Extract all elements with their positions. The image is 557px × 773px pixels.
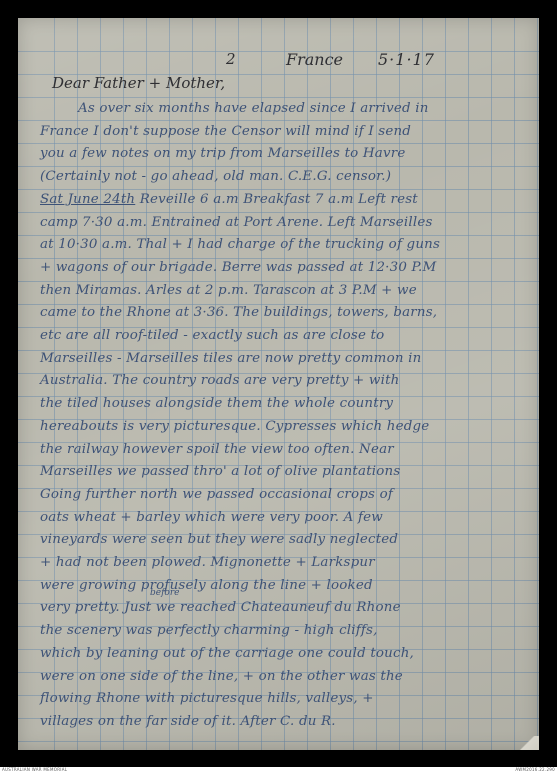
body-line-text: Reveille 6 a.m Breakfast 7 a.m Left rest xyxy=(140,192,418,207)
body-line: the scenery was perfectly charming - hig… xyxy=(40,620,378,642)
body-line: + had not been plowed. Mignonette + Lark… xyxy=(40,552,375,574)
body-line: Marseilles - Marseilles tiles are now pr… xyxy=(40,348,421,370)
body-line-dated: Sat June 24th Reveille 6 a.m Breakfast 7… xyxy=(40,189,418,211)
item-reference: AWM2016.22.290 xyxy=(515,767,555,773)
body-line: oats wheat + barley which were very poor… xyxy=(40,507,383,529)
body-line: vineyards were seen but they were sadly … xyxy=(40,529,398,551)
body-line: Going further north we passed occasional… xyxy=(40,484,393,506)
body-line: came to the Rhone at 3·36. The buildings… xyxy=(40,302,437,324)
letter-page: 2 France 5·1·17 Dear Father + Mother, As… xyxy=(18,18,539,750)
body-line: very pretty. Just we reached Chateauneuf… xyxy=(40,597,401,619)
body-line: Australia. The country roads are very pr… xyxy=(40,370,399,392)
body-line: + wagons of our brigade. Berre was passe… xyxy=(40,257,436,279)
body-line: hereabouts is very picturesque. Cypresse… xyxy=(40,416,429,438)
body-line: villages on the far side of it. After C.… xyxy=(40,711,336,733)
document-viewer: 2 France 5·1·17 Dear Father + Mother, As… xyxy=(0,0,557,767)
institution-credit: AUSTRALIAN WAR MEMORIAL xyxy=(2,767,67,773)
letter-place: France xyxy=(286,50,343,69)
body-line: were growing profusely along the line + … xyxy=(40,575,373,597)
body-line: etc are all roof-tiled - exactly such as… xyxy=(40,325,384,347)
body-line: the railway however spoil the view too o… xyxy=(40,439,394,461)
body-line: at 10·30 a.m. Thal + I had charge of the… xyxy=(40,234,440,256)
footer-bar: AUSTRALIAN WAR MEMORIAL AWM2016.22.290 xyxy=(0,767,557,773)
page-number: 2 xyxy=(226,50,236,68)
body-line: flowing Rhone with picturesque hills, va… xyxy=(40,688,374,710)
body-line: camp 7·30 a.m. Entrained at Port Arene. … xyxy=(40,212,433,234)
body-line: then Miramas. Arles at 2 p.m. Tarascon a… xyxy=(40,280,417,302)
folded-corner xyxy=(517,736,539,750)
underlined-date: Sat June 24th xyxy=(40,192,135,207)
letter-date: 5·1·17 xyxy=(378,50,435,69)
salutation: Dear Father + Mother, xyxy=(52,74,225,92)
body-line: (Certainly not - go ahead, old man. C.E.… xyxy=(40,166,391,188)
body-line: you a few notes on my trip from Marseill… xyxy=(40,143,405,165)
letter-header: 2 France 5·1·17 xyxy=(18,48,539,72)
body-line: which by leaning out of the carriage one… xyxy=(40,643,414,665)
body-line: As over six months have elapsed since I … xyxy=(78,98,429,120)
body-line: France I don't suppose the Censor will m… xyxy=(40,121,411,143)
body-line: were on one side of the line, + on the o… xyxy=(40,666,403,688)
body-line: Marseilles we passed thro' a lot of oliv… xyxy=(40,461,400,483)
body-line: the tiled houses alongside them the whol… xyxy=(40,393,393,415)
